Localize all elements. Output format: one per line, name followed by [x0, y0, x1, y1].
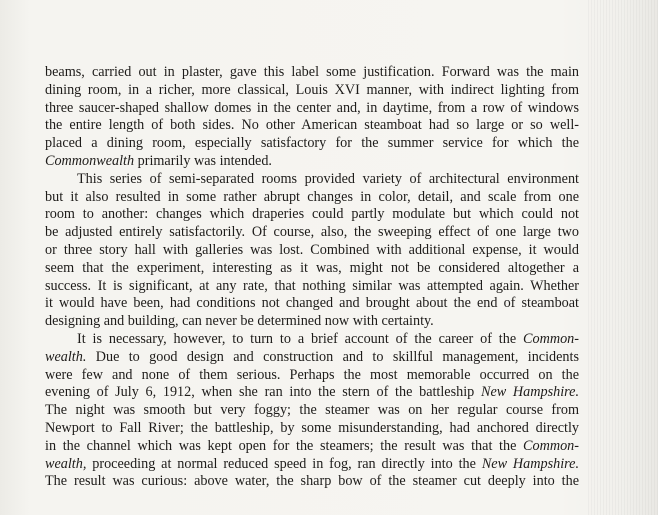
text-line: designing and building, can never be det…	[45, 313, 579, 331]
text-line: dining room, in a richer, more classical…	[45, 82, 579, 100]
text-line: The night was smooth but very foggy; the…	[45, 402, 579, 420]
body-text: beams, carried out in plaster, gave this…	[45, 64, 579, 491]
text-run: The night was smooth but very foggy; the…	[45, 402, 579, 418]
text-line: success. It is significant, at any rate,…	[45, 278, 579, 296]
text-line: but it also resulted in some rather abru…	[45, 189, 579, 207]
text-line: were few and none of them serious. Perha…	[45, 367, 579, 385]
text-line: This series of semi-separated rooms prov…	[45, 171, 579, 189]
italic-text: Commonwealth	[45, 153, 134, 169]
italic-text: Common-	[523, 438, 579, 454]
text-run: three saucer-shaped shallow domes in the…	[45, 100, 579, 116]
text-line: seem that the experiment, interesting as…	[45, 260, 579, 278]
text-run: seem that the experiment, interesting as…	[45, 260, 579, 276]
text-run: designing and building, can never be det…	[45, 313, 434, 329]
text-line: evening of July 6, 1912, when she ran in…	[45, 384, 579, 402]
text-line: the entire length of both sides. No othe…	[45, 117, 579, 135]
text-run: proceeding at normal reduced speed in fo…	[86, 456, 481, 472]
text-run: Newport to Fall River; the battleship, b…	[45, 420, 579, 436]
text-run: room to another: changes which draperies…	[45, 206, 579, 222]
text-run: It is necessary, however, to turn to a b…	[77, 331, 523, 347]
text-run: or three story hall with galleries was l…	[45, 242, 579, 258]
text-run: This series of semi-separated rooms prov…	[77, 171, 579, 187]
text-line: in the channel which was kept open for t…	[45, 438, 579, 456]
text-run: Due to good design and construction and …	[86, 349, 579, 365]
text-line: The result was curious: above water, the…	[45, 473, 579, 491]
text-run: primarily was intended.	[134, 153, 272, 169]
text-run: placed a dining room, especially satisfa…	[45, 135, 579, 151]
paragraph: It is necessary, however, to turn to a b…	[45, 331, 579, 491]
text-run: The result was curious: above water, the…	[45, 473, 579, 489]
italic-text: New Hampshire.	[481, 384, 579, 400]
text-line: beams, carried out in plaster, gave this…	[45, 64, 579, 82]
text-line: room to another: changes which draperies…	[45, 206, 579, 224]
italic-text: wealth.	[45, 349, 86, 365]
text-run: success. It is significant, at any rate,…	[45, 278, 579, 294]
text-line: or three story hall with galleries was l…	[45, 242, 579, 260]
text-run: in the channel which was kept open for t…	[45, 438, 523, 454]
paragraph: beams, carried out in plaster, gave this…	[45, 64, 579, 171]
scan-edge-texture	[588, 0, 658, 515]
paragraph: This series of semi-separated rooms prov…	[45, 171, 579, 331]
text-line: three saucer-shaped shallow domes in the…	[45, 100, 579, 118]
text-run: were few and none of them serious. Perha…	[45, 367, 579, 383]
text-run: evening of July 6, 1912, when she ran in…	[45, 384, 481, 400]
text-run: dining room, in a richer, more classical…	[45, 82, 579, 98]
text-line: it would have been, had conditions not c…	[45, 295, 579, 313]
text-line: wealth, proceeding at normal reduced spe…	[45, 456, 579, 474]
italic-text: Common-	[523, 331, 579, 347]
text-line: It is necessary, however, to turn to a b…	[45, 331, 579, 349]
text-run: it would have been, had conditions not c…	[45, 295, 579, 311]
text-run: be adjusted entirely satisfactorily. Of …	[45, 224, 579, 240]
text-line: Newport to Fall River; the battleship, b…	[45, 420, 579, 438]
text-line: placed a dining room, especially satisfa…	[45, 135, 579, 153]
text-run: but it also resulted in some rather abru…	[45, 189, 579, 205]
italic-text: New Hampshire.	[482, 456, 579, 472]
scanned-page: beams, carried out in plaster, gave this…	[0, 0, 658, 515]
text-run: the entire length of both sides. No othe…	[45, 117, 579, 133]
text-run: beams, carried out in plaster, gave this…	[45, 64, 579, 80]
text-line: Commonwealth primarily was intended.	[45, 153, 579, 171]
italic-text: wealth,	[45, 456, 86, 472]
text-line: be adjusted entirely satisfactorily. Of …	[45, 224, 579, 242]
text-line: wealth. Due to good design and construct…	[45, 349, 579, 367]
